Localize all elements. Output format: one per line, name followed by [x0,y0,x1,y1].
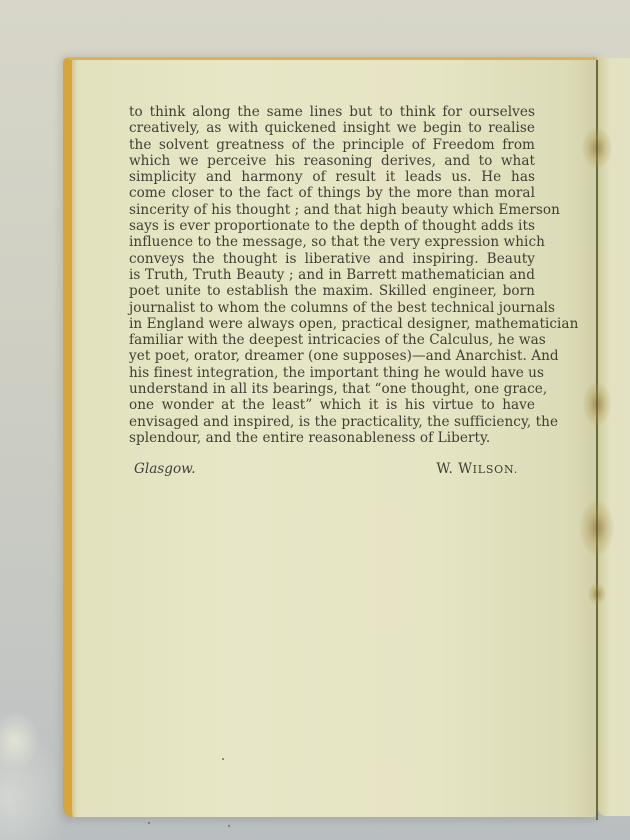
text-line: the solvent greatness of the principle o… [129,137,535,153]
signature-place: Glasgow. [134,461,196,477]
text-line: one wonder at the least” which it is his… [129,397,535,413]
text-line: yet poet, orator, dreamer (one supposes)… [129,348,535,364]
body-text: to think along the same lines but to thi… [129,104,535,446]
text-line: his finest integration, the important th… [129,365,535,381]
text-line: to think along the same lines but to thi… [129,104,535,120]
text-line: conveys the thought is liberative and in… [129,251,535,267]
foxing-stain [580,500,614,556]
paper-speck [222,758,224,760]
foxing-stain [583,382,611,426]
text-line: familiar with the deepest intricacies of… [129,332,535,348]
text-line: says is ever proportionate to the depth … [129,218,535,234]
signature-row: Glasgow. W. WILSON. [134,461,518,477]
text-line: splendour, and the entire reasonableness… [129,430,535,446]
foxing-stain [582,128,612,168]
text-line: understand in all its bearings, that “on… [129,381,535,397]
text-line: poet unite to establish the maxim. Skill… [129,283,535,299]
paper-speck [228,825,230,827]
text-line: in England were always open, practical d… [129,316,535,332]
signature-author: W. WILSON. [436,461,518,477]
text-line: journalist to whom the columns of the be… [129,300,535,316]
right-page-edge [598,58,630,816]
paper-speck [148,822,150,824]
foxing-stain [588,583,606,605]
text-line: is Truth, Truth Beauty ; and in Barrett … [129,267,535,283]
book-gutter [596,60,598,820]
text-line: creatively, as with quickened insight we… [129,120,535,136]
text-line: come closer to the fact of things by the… [129,185,535,201]
text-line: simplicity and harmony of result it lead… [129,169,535,185]
text-line: influence to the message, so that the ve… [129,234,535,250]
author-initial: W. W [436,461,472,477]
author-smallcaps: ILSON. [473,463,518,476]
text-line: sincerity of his thought ; and that high… [129,202,535,218]
text-line: envisaged and inspired, is the practical… [129,414,535,430]
text-line: which we perceive his reasoning derives,… [129,153,535,169]
